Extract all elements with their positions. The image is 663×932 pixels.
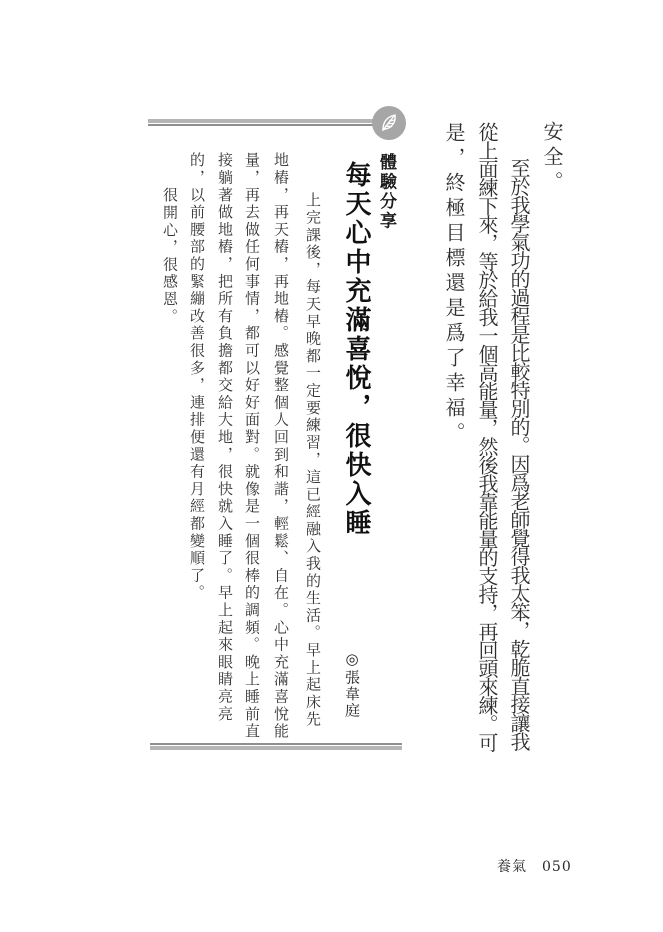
page-footer: 養氣 050 xyxy=(497,856,572,876)
main-text-column-2: 至於我學氣功的過程是比較特別的。因爲老師覺得我太笨，乾脆直接讓我 xyxy=(509,121,529,750)
body-column-5: 的，以前腰部的緊繃改善很多，連排便還有月經都變順了。 xyxy=(189,152,204,602)
body-column-1: 上完課後，每天早晚都一定要練習，這已經融入我的生活。早上起床先 xyxy=(305,152,320,728)
section-rule-top xyxy=(148,119,374,126)
book-page: 安全。 至於我學氣功的過程是比較特別的。因爲老師覺得我太笨，乾脆直接讓我 從上面… xyxy=(0,0,663,932)
main-text-column-1: 安全。 xyxy=(542,121,562,196)
body-column-6: 很開心，很感恩。 xyxy=(162,152,177,325)
body-column-3: 量，再去做任何事情，都可以好好面對。就像是一個很棒的調頻。晚上睡前直 xyxy=(244,152,259,740)
running-title: 養氣 xyxy=(497,856,527,876)
section-label: 體驗分享 xyxy=(377,153,394,231)
body-column-2: 地樁，再天樁，再地樁。感覺整個人回到和諧，輕鬆、自在。心中充滿喜悅能 xyxy=(273,152,288,740)
testimonial-author: ◎張韋庭 xyxy=(344,650,359,719)
leaf-icon xyxy=(372,106,406,140)
testimonial-title: 每天心中充滿喜悅，很快入睡 xyxy=(343,161,369,538)
page-number: 050 xyxy=(542,859,572,875)
main-text-column-3: 從上面練下來，等於給我一個高能量，然後我靠能量的支持，再回頭來練。可 xyxy=(477,122,497,751)
section-rule-bottom xyxy=(150,743,402,750)
body-column-4: 接躺著做地樁，把所有負擔都交給大地，很快就入睡了。早上起來眼睛亮亮 xyxy=(217,152,232,723)
main-text-column-4: 是，終極目標還是爲了幸福。 xyxy=(444,122,464,447)
